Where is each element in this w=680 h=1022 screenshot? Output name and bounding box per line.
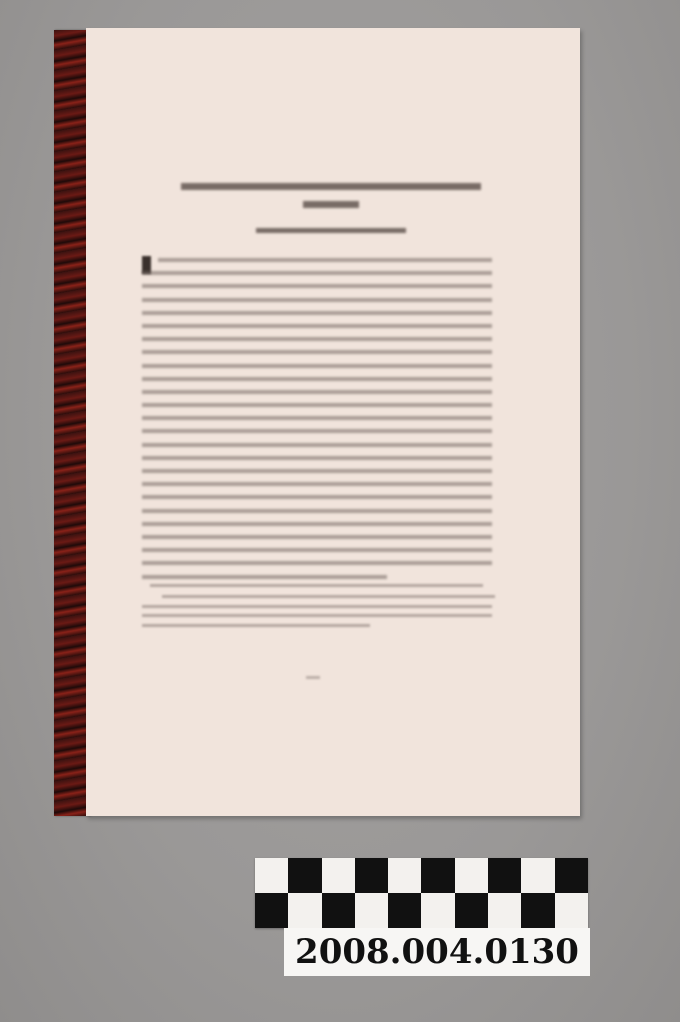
scale-square — [355, 858, 388, 893]
article-title — [166, 180, 496, 241]
title-line-2 — [303, 201, 359, 208]
scale-square — [322, 858, 355, 893]
text-line — [158, 258, 492, 262]
text-line — [142, 443, 492, 447]
scale-square — [255, 858, 288, 893]
scale-square — [388, 858, 421, 893]
text-line — [142, 298, 492, 302]
text-line — [142, 469, 492, 473]
footnote-line — [142, 605, 492, 608]
accession-label: 2008.004.0130 — [284, 928, 590, 976]
text-line — [142, 271, 492, 275]
scale-square — [355, 893, 388, 928]
scale-square — [521, 858, 554, 893]
scale-square — [288, 858, 321, 893]
scale-square — [322, 893, 355, 928]
text-line — [142, 324, 492, 328]
text-line — [142, 509, 492, 513]
text-line — [142, 377, 492, 381]
footnote-line — [150, 584, 483, 587]
body-text — [142, 258, 492, 588]
text-line — [142, 535, 492, 539]
text-line — [142, 350, 492, 354]
scale-square — [255, 893, 288, 928]
text-line — [142, 403, 492, 407]
scale-square — [288, 893, 321, 928]
text-line — [142, 364, 492, 368]
text-line — [142, 495, 492, 499]
text-line — [142, 311, 492, 315]
accession-number: 2008.004.0130 — [295, 932, 579, 972]
text-line — [142, 482, 492, 486]
scale-square — [555, 893, 588, 928]
footnote-line — [162, 595, 495, 598]
scale-square — [521, 893, 554, 928]
text-line — [142, 429, 492, 433]
text-line — [142, 284, 492, 288]
footnotes — [142, 584, 492, 633]
text-line — [142, 561, 492, 565]
author-line — [256, 228, 406, 233]
text-line — [142, 456, 492, 460]
checker-scale-bar — [255, 858, 588, 928]
scale-square — [488, 858, 521, 893]
footnote-line — [142, 614, 492, 617]
scale-square — [421, 858, 454, 893]
text-line — [142, 548, 492, 552]
scale-square — [421, 893, 454, 928]
scale-square — [388, 893, 421, 928]
scale-square — [488, 893, 521, 928]
marbled-spine — [54, 30, 90, 816]
scale-square — [455, 893, 488, 928]
text-line — [142, 522, 492, 526]
footnote-line — [142, 624, 370, 627]
page-number — [306, 676, 320, 679]
scale-square — [555, 858, 588, 893]
title-line-1 — [181, 183, 481, 190]
scale-square — [455, 858, 488, 893]
text-line — [142, 416, 492, 420]
text-line — [142, 575, 387, 579]
text-line — [142, 390, 492, 394]
document-page — [86, 28, 580, 816]
text-line — [142, 337, 492, 341]
